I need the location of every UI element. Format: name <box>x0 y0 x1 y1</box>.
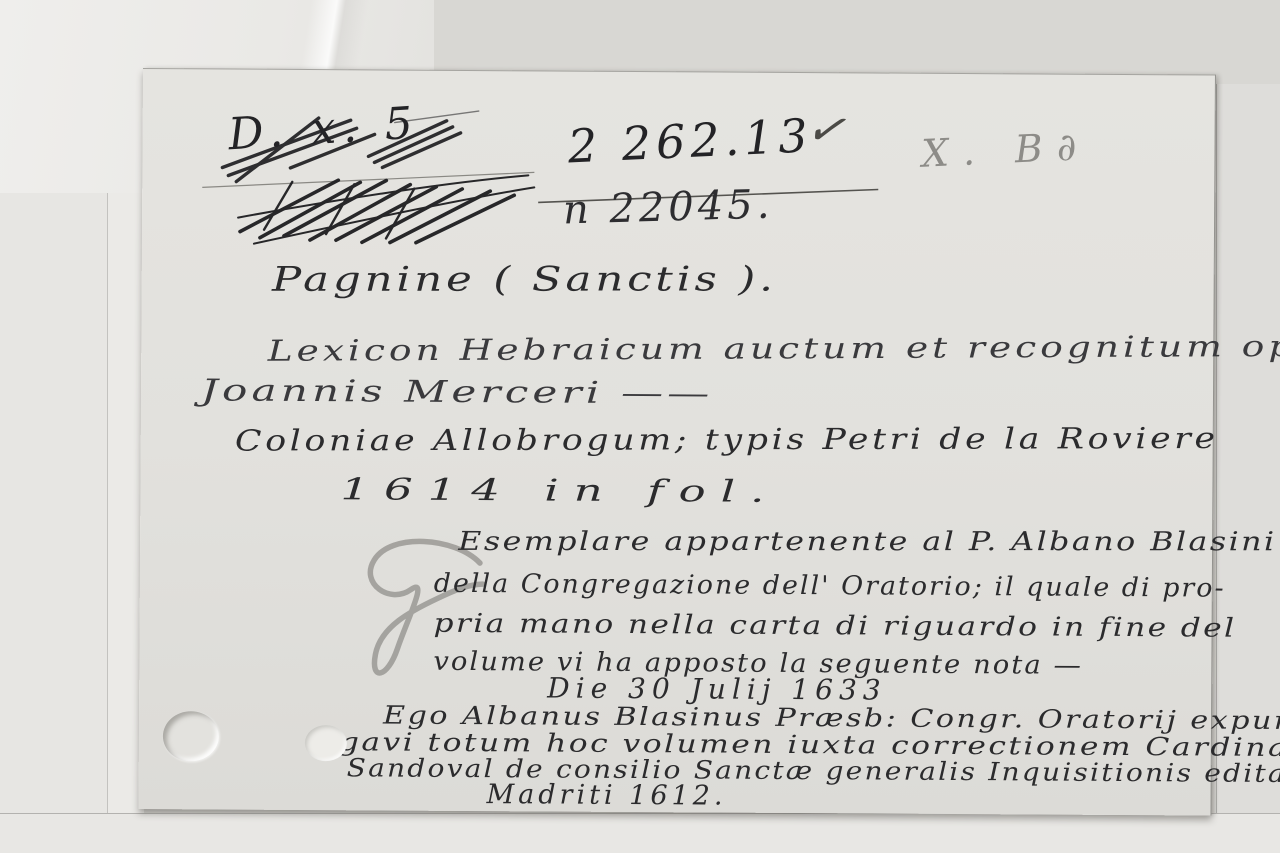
title-line-2: Joannis Merceri —— <box>201 373 714 411</box>
punch-hole-right <box>305 725 347 761</box>
title-line-1: Lexicon Hebraicum auctum et recognitum o… <box>267 329 1280 368</box>
punch-hole-left <box>163 711 219 761</box>
catalogue-card: D. x. 5 2 262.13 n 22045. ✓ X. B∂ Pagnin… <box>138 68 1216 816</box>
provenance-note-line-1: Esemplare appartenente al P. Albano Blas… <box>458 527 1276 557</box>
shelfmark-text: 2 262.13 <box>567 108 814 173</box>
backing-strip-bottom <box>0 813 1280 853</box>
provenance-note-line-2: della Congregazione dell' Oratorio; il q… <box>434 569 1226 604</box>
backing-strip-left <box>0 193 108 853</box>
pencil-class-mark-text: X. B∂ <box>921 124 1092 176</box>
imprint-line-1: Coloniae Allobrogum; typis Petri de la R… <box>235 421 1219 458</box>
author-heading-text: Pagnine ( Sanctis ). <box>272 259 777 299</box>
accession-number-text: n 22045. <box>562 182 774 234</box>
cancelled-number-scribble <box>238 174 534 246</box>
provenance-note-line-3: pria mano nella carta di riguardo in fin… <box>434 609 1237 644</box>
quoted-note-line-4: Madriti 1612. <box>486 779 726 811</box>
imprint-line-2: 1614 in fol. <box>340 472 779 510</box>
